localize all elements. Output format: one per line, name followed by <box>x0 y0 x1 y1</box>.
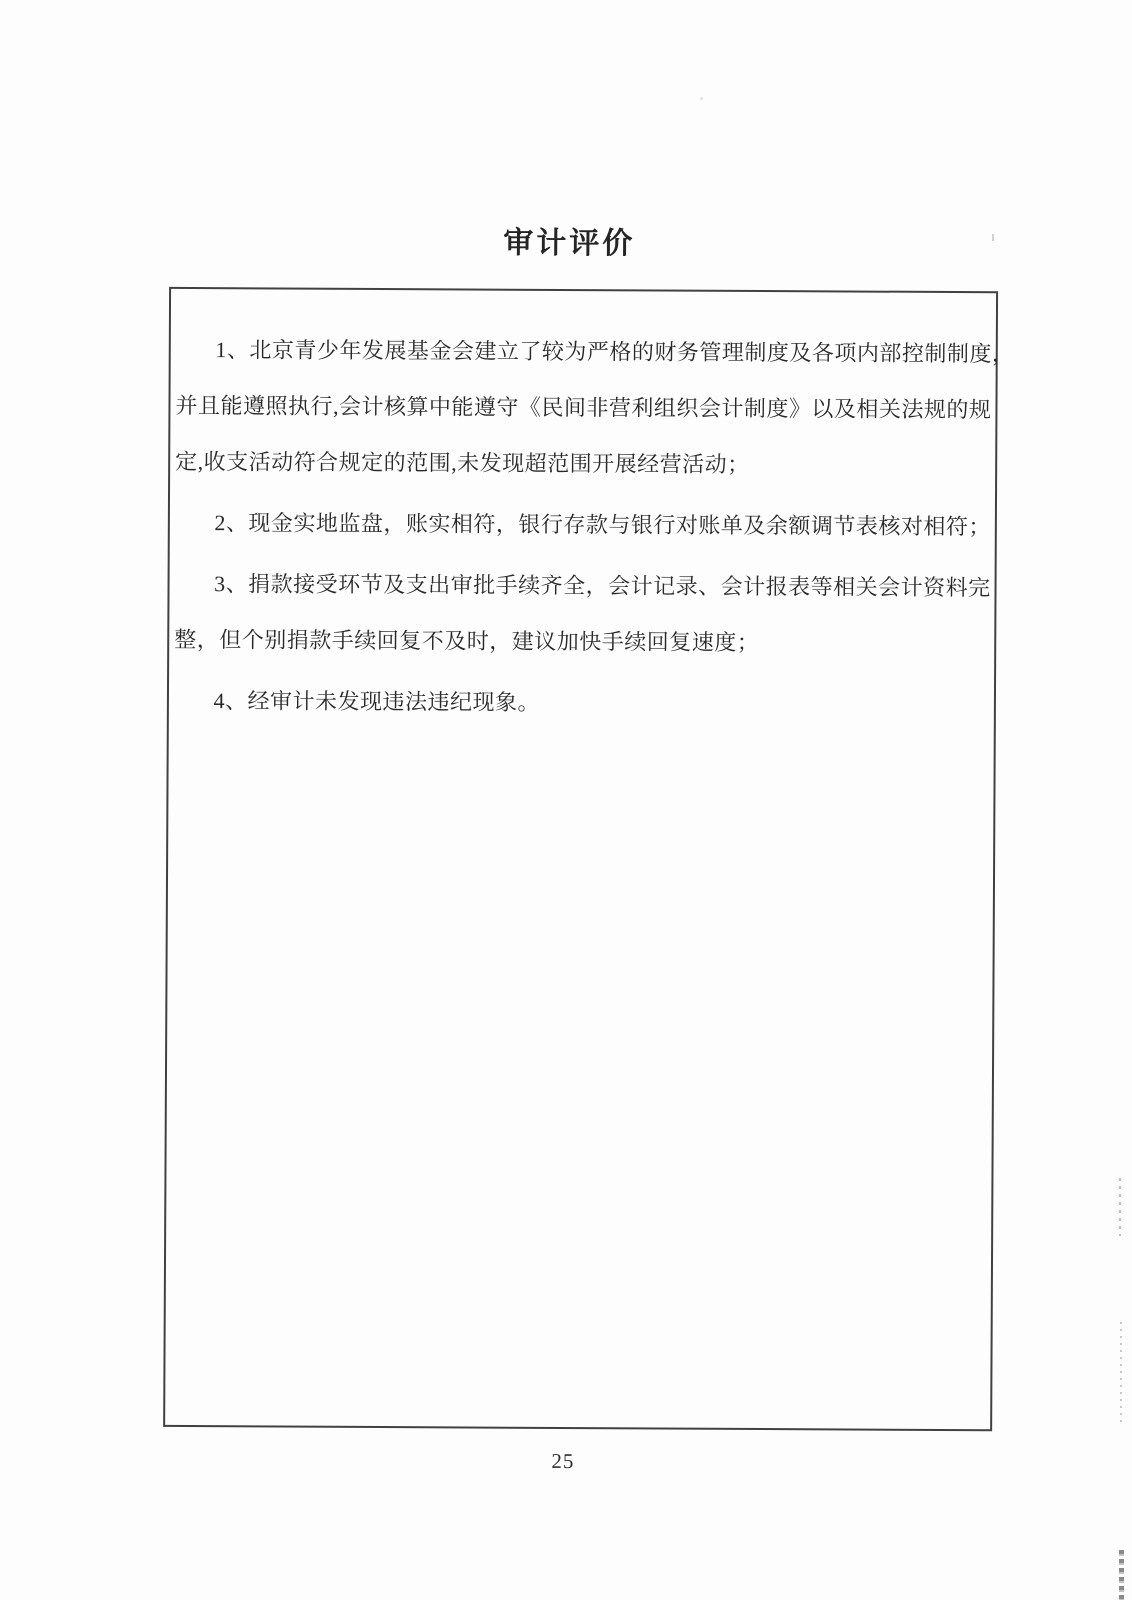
page-number: 25 <box>0 1446 1129 1477</box>
scan-artifact <box>1120 1322 1122 1427</box>
paragraph-line: 2、现金实地监盘，账实相符，银行存款与银行对账单及余额调节表核对相符； <box>175 495 989 555</box>
paragraph-line: 并且能遵照执行,会计核算中能遵守《民间非营利组织会计制度》以及相关法规的规 <box>175 378 989 438</box>
paragraph: 3、捐款接受环节及支出审批手续齐全，会计记录、会计报表等相关会计资料完整，但个别… <box>174 556 989 672</box>
scan-artifact <box>1119 1178 1121 1236</box>
paragraph-line: 1、北京青少年发展基金会建立了较为严格的财务管理制度及各项内部控制制度， <box>176 322 990 382</box>
paragraph: 4、经审计未发现违法违纪现象。 <box>174 673 988 733</box>
paragraph-line: 整，但个别捐款手续回复不及时，建议加快手续回复速度； <box>174 612 988 672</box>
scan-artifact <box>700 97 703 100</box>
paragraph-line: 定,收支活动符合规定的范围,未发现超范围开展经营活动； <box>175 434 989 494</box>
paragraph-line: 3、捐款接受环节及支出审批手续齐全，会计记录、会计报表等相关会计资料完 <box>174 556 988 616</box>
scan-artifact <box>1119 1550 1124 1600</box>
paragraph: 1、北京青少年发展基金会建立了较为严格的财务管理制度及各项内部控制制度，并且能遵… <box>175 322 990 494</box>
audit-evaluation-box: 1、北京青少年发展基金会建立了较为严格的财务管理制度及各项内部控制制度，并且能遵… <box>163 287 998 1431</box>
scan-artifact <box>992 234 994 241</box>
paragraph: 2、现金实地监盘，账实相符，银行存款与银行对账单及余额调节表核对相符； <box>175 495 989 555</box>
document-sheet: 审计评价 1、北京青少年发展基金会建立了较为严格的财务管理制度及各项内部控制制度… <box>0 0 1132 1600</box>
page-title: 审计评价 <box>3 215 1132 265</box>
scanned-document-page: 审计评价 1、北京青少年发展基金会建立了较为严格的财务管理制度及各项内部控制制度… <box>0 0 1132 1600</box>
paragraph-line: 4、经审计未发现违法违纪现象。 <box>174 673 988 733</box>
audit-paragraphs: 1、北京青少年发展基金会建立了较为严格的财务管理制度及各项内部控制制度，并且能遵… <box>169 289 996 733</box>
